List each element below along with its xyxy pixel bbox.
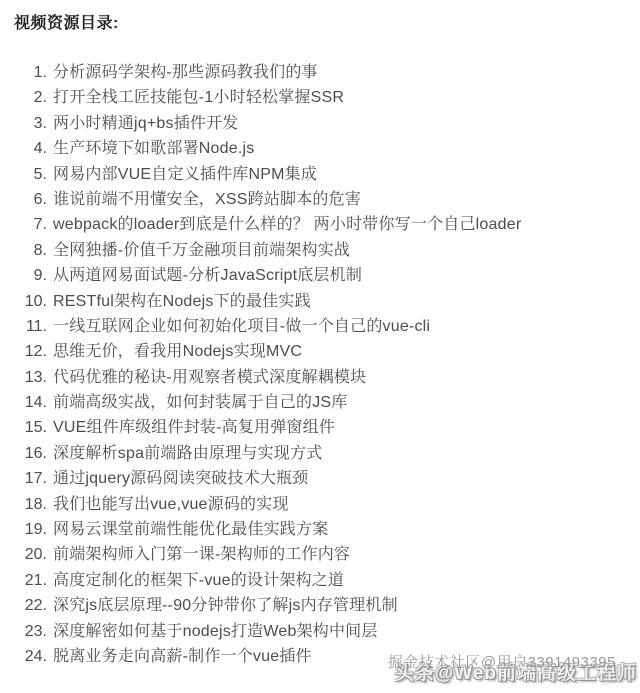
list-item-number: 11. [0, 314, 47, 339]
list-item-number: 4. [0, 136, 47, 161]
list-item: 24.脱离业务走向高薪-制作一个vue插件 [0, 644, 640, 669]
list-item: 6.谁说前端不用懂安全，XSS跨站脚本的危害 [0, 187, 640, 212]
list-item-number: 14. [0, 390, 47, 415]
list-item-text: VUE组件库级组件封装-高复用弹窗组件 [53, 415, 335, 440]
list-item-text: 我们也能写出vue,vue源码的实现 [53, 492, 289, 517]
list-item-number: 24. [0, 644, 47, 669]
list-item-number: 22. [0, 593, 47, 618]
list-item: 15.VUE组件库级组件封装-高复用弹窗组件 [0, 415, 640, 440]
list-item: 23.深度解密如何基于nodejs打造Web架构中间层 [0, 619, 640, 644]
list-item-text: 深度解析spa前端路由原理与实现方式 [53, 441, 322, 466]
list-item-text: 前端架构师入门第一课-架构师的工作内容 [53, 542, 350, 567]
list-item: 22.深究js底层原理--90分钟带你了解js内存管理机制 [0, 593, 640, 618]
list-item-text: 两小时精通jq+bs插件开发 [53, 111, 239, 136]
list-item-text: 一线互联网企业如何初始化项目-做一个自己的vue-cli [53, 314, 430, 339]
list-item: 7.webpack的loader到底是什么样的？ 两小时带你写一个自己loade… [0, 212, 640, 237]
list-item-number: 20. [0, 542, 47, 567]
list-item-text: 从两道网易面试题-分析JavaScript底层机制 [53, 263, 362, 288]
list-item: 17.通过jquery源码阅读突破技术大瓶颈 [0, 466, 640, 491]
list-item: 14.前端高级实战，如何封装属于自己的JS库 [0, 390, 640, 415]
list-item: 9.从两道网易面试题-分析JavaScript底层机制 [0, 263, 640, 288]
list-item: 10.RESTful架构在Nodejs下的最佳实践 [0, 289, 640, 314]
list-item-text: 生产环境下如歌部署Node.js [53, 136, 254, 161]
list-item-number: 15. [0, 415, 47, 440]
list-item: 16.深度解析spa前端路由原理与实现方式 [0, 441, 640, 466]
list-item-number: 1. [0, 60, 47, 85]
list-item-number: 19. [0, 517, 47, 542]
list-item-number: 9. [0, 263, 47, 288]
list-item-number: 3. [0, 111, 47, 136]
list-item-text: webpack的loader到底是什么样的？ 两小时带你写一个自己loader [53, 212, 521, 237]
list-item-text: 通过jquery源码阅读突破技术大瓶颈 [53, 466, 308, 491]
list-item-text: 思维无价，看我用Nodejs实现MVC [53, 339, 302, 364]
list-item: 19.网易云课堂前端性能优化最佳实践方案 [0, 517, 640, 542]
list-item-number: 12. [0, 339, 47, 364]
list-item-number: 10. [0, 289, 47, 314]
list-item-number: 8. [0, 238, 47, 263]
list-item: 3.两小时精通jq+bs插件开发 [0, 111, 640, 136]
list-item-text: 全网独播-价值千万金融项目前端架构实战 [53, 238, 350, 263]
list-item-number: 16. [0, 441, 47, 466]
list-item: 2.打开全栈工匠技能包-1小时轻松掌握SSR [0, 85, 640, 110]
resource-list: 1.分析源码学架构-那些源码教我们的事2.打开全栈工匠技能包-1小时轻松掌握SS… [0, 60, 640, 669]
list-item-text: 代码优雅的秘诀-用观察者模式深度解耦模块 [53, 365, 366, 390]
list-item-text: 高度定制化的框架下-vue的设计架构之道 [53, 568, 344, 593]
list-item-text: 谁说前端不用懂安全，XSS跨站脚本的危害 [53, 187, 361, 212]
page-title: 视频资源目录: [14, 10, 119, 33]
list-item-text: 网易云课堂前端性能优化最佳实践方案 [53, 517, 328, 542]
list-item-text: RESTful架构在Nodejs下的最佳实践 [53, 289, 311, 314]
list-item-number: 21. [0, 568, 47, 593]
list-item-number: 13. [0, 365, 47, 390]
list-item-text: 分析源码学架构-那些源码教我们的事 [53, 60, 318, 85]
list-item: 5.网易内部VUE自定义插件库NPM集成 [0, 162, 640, 187]
list-item: 20.前端架构师入门第一课-架构师的工作内容 [0, 542, 640, 567]
list-item: 1.分析源码学架构-那些源码教我们的事 [0, 60, 640, 85]
list-item: 4.生产环境下如歌部署Node.js [0, 136, 640, 161]
list-item-number: 6. [0, 187, 47, 212]
list-item: 13.代码优雅的秘诀-用观察者模式深度解耦模块 [0, 365, 640, 390]
list-item: 12.思维无价，看我用Nodejs实现MVC [0, 339, 640, 364]
list-item-number: 17. [0, 466, 47, 491]
list-item-number: 23. [0, 619, 47, 644]
list-item-number: 2. [0, 85, 47, 110]
list-item: 11.一线互联网企业如何初始化项目-做一个自己的vue-cli [0, 314, 640, 339]
list-item-text: 深度解密如何基于nodejs打造Web架构中间层 [53, 619, 378, 644]
list-item-text: 深究js底层原理--90分钟带你了解js内存管理机制 [53, 593, 398, 618]
list-item: 18.我们也能写出vue,vue源码的实现 [0, 492, 640, 517]
list-item: 8.全网独播-价值千万金融项目前端架构实战 [0, 238, 640, 263]
list-item-text: 脱离业务走向高薪-制作一个vue插件 [53, 644, 312, 669]
list-item-number: 5. [0, 162, 47, 187]
list-item-text: 打开全栈工匠技能包-1小时轻松掌握SSR [53, 85, 344, 110]
list-item: 21.高度定制化的框架下-vue的设计架构之道 [0, 568, 640, 593]
list-item-number: 18. [0, 492, 47, 517]
list-item-text: 网易内部VUE自定义插件库NPM集成 [53, 162, 317, 187]
list-item-number: 7. [0, 212, 47, 237]
list-item-text: 前端高级实战，如何封装属于自己的JS库 [53, 390, 347, 415]
